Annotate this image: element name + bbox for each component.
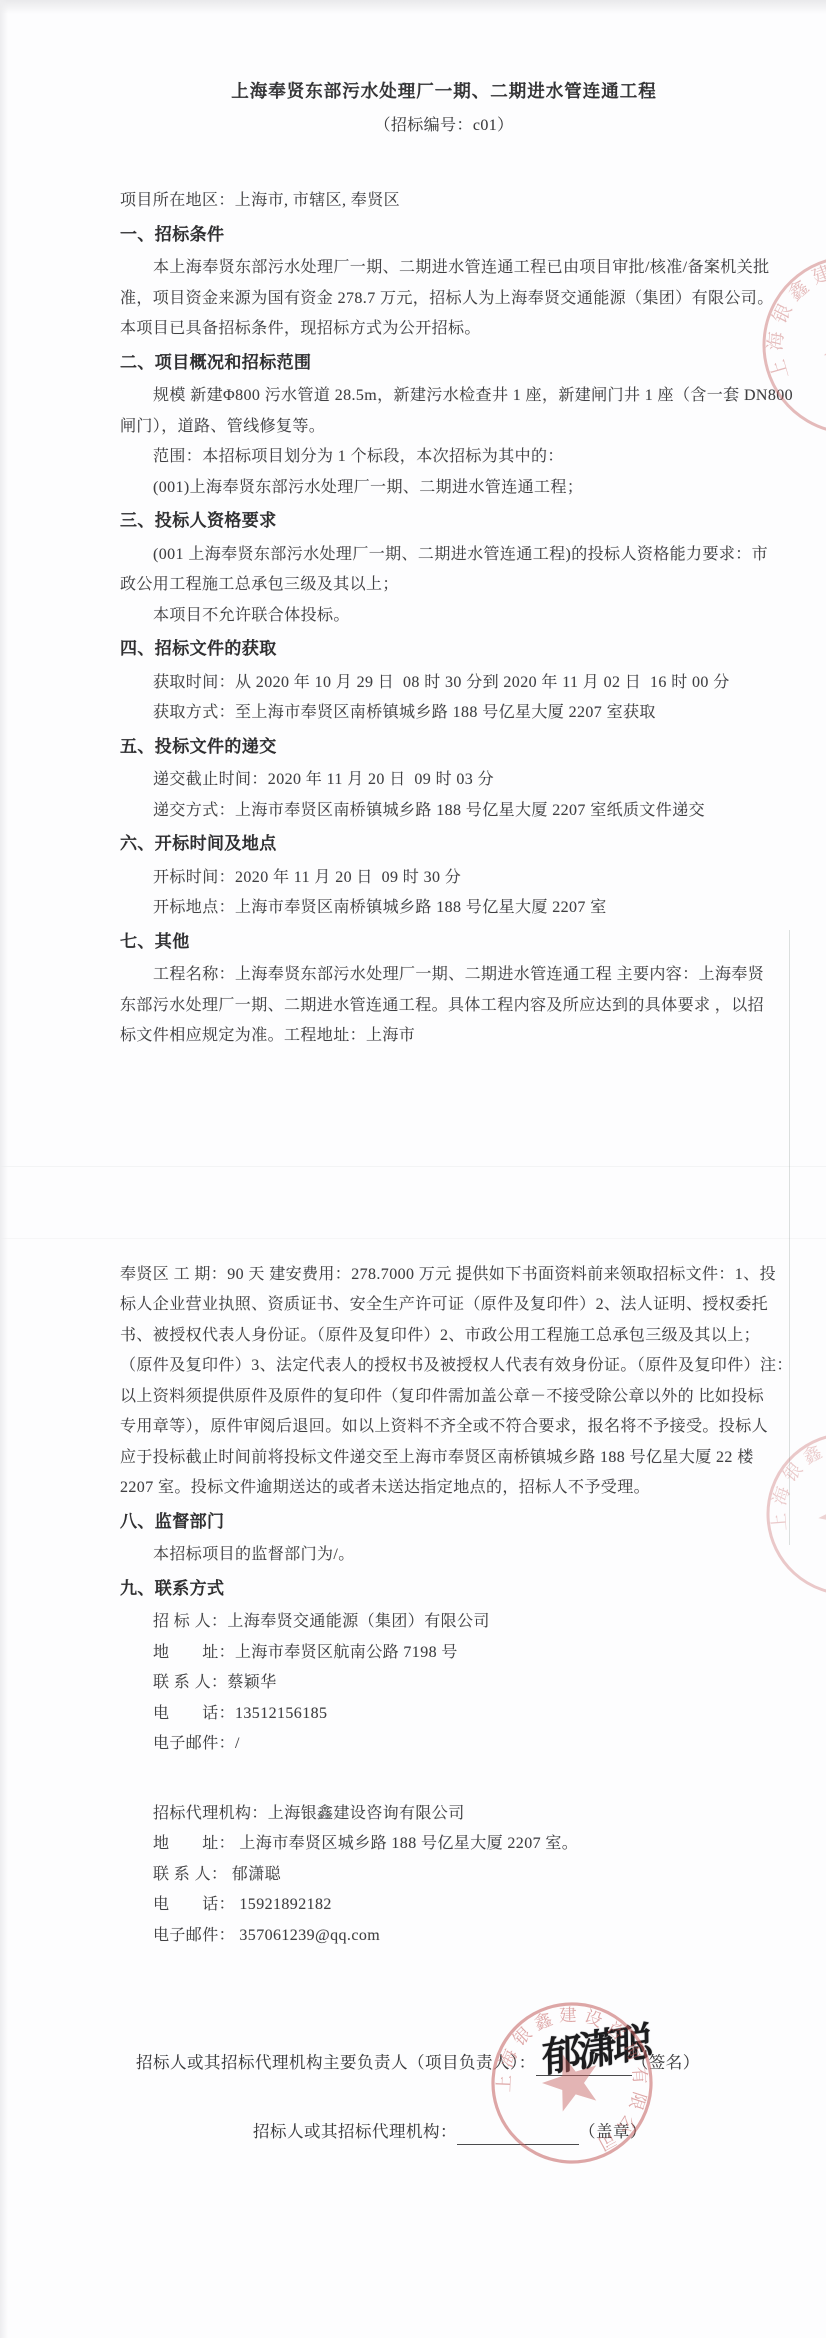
doc-line: 闸门），道路、管线修复等。	[120, 412, 768, 443]
doc-line: 准，项目资金来源为国有资金 278.7 万元，招标人为上海奉贤交通能源（集团）有…	[120, 284, 768, 315]
doc-line: 专用章等），原件审阅后退回。如以上资料不齐全或不符合要求，报名将不予接受。投标人	[120, 1412, 768, 1443]
doc-line: 联 系 人： 郁潇聪	[120, 1860, 768, 1891]
doc-line: 联 系 人：蔡颖华	[120, 1668, 768, 1699]
doc-line: 政公用工程施工总承包三级及其以上；	[120, 570, 768, 601]
section-heading: 五、投标文件的递交	[120, 732, 768, 763]
doc-line: 电子邮件： 357061239@qq.com	[120, 1921, 768, 1952]
doc-line: 电 话：13512156185	[120, 1699, 768, 1730]
tender-number: （招标编号：c01）	[120, 112, 768, 139]
doc-line: 获取时间：从 2020 年 10 月 29 日 08 时 30 分到 2020 …	[120, 668, 768, 699]
doc-line: 本项目已具备招标条件，现招标方式为公开招标。	[120, 314, 768, 345]
doc-line: 标文件相应规定为准。工程地址：上海市	[120, 1021, 768, 1052]
section-heading: 四、招标文件的获取	[120, 634, 768, 665]
signature-row-label: 招标人或其招标代理机构主要负责人（项目负责人）：	[136, 2053, 536, 2072]
document-body: 上海奉贤东部污水处理厂一期、二期进水管连通工程（招标编号：c01）项目所在地区：…	[120, 78, 768, 1951]
section-heading: 三、投标人资格要求	[120, 506, 768, 537]
section-heading: 二、项目概况和招标范围	[120, 348, 768, 379]
spacer	[120, 1052, 768, 1260]
section-heading: 七、其他	[120, 927, 768, 958]
document-lines: 上海奉贤东部污水处理厂一期、二期进水管连通工程（招标编号：c01）项目所在地区：…	[120, 78, 768, 1951]
doc-line: 地 址： 上海市奉贤区城乡路 188 号亿星大厦 2207 室。	[120, 1829, 768, 1860]
doc-line: 书、被授权代表人身份证。（原件及复印件）2、市政公用工程施工总承包三级及其以上；	[120, 1321, 768, 1352]
document-title: 上海奉贤东部污水处理厂一期、二期进水管连通工程	[120, 78, 768, 105]
agency-stamp-row: 招标人或其招标代理机构：（盖章）	[253, 2119, 647, 2145]
doc-line: 本项目不允许联合体投标。	[120, 601, 768, 632]
handwritten-signature: 郁潇聪	[541, 2007, 671, 2098]
section-heading: 九、联系方式	[120, 1574, 768, 1605]
svg-text:上海银鑫建设咨询有限公司: 上海银鑫建设咨询有限公司	[762, 1428, 826, 1600]
star-icon	[809, 1475, 826, 1549]
doc-line: (001 上海奉贤东部污水处理厂一期、二期进水管连通工程)的投标人资格能力要求：…	[120, 540, 768, 571]
stamp-line	[457, 2126, 579, 2145]
doc-line: 2207 室。投标文件逾期送达的或者未送达指定地点的，招标人不予受理。	[120, 1473, 768, 1504]
stamp-row-suffix: （盖章）	[579, 2122, 647, 2141]
scanned-tender-document: 上海奉贤东部污水处理厂一期、二期进水管连通工程（招标编号：c01）项目所在地区：…	[0, 0, 826, 2338]
star-icon	[811, 304, 826, 382]
doc-line: 招 标 人：上海奉贤交通能源（集团）有限公司	[120, 1607, 768, 1638]
doc-line: 东部污水处理厂一期、二期进水管连通工程。具体工程内容及所应达到的具体要求 ，以招	[120, 991, 768, 1022]
doc-line: 以上资料须提供原件及原件的复印件（复印件需加盖公章－不接受除公章以外的 比如投标	[120, 1382, 768, 1413]
section-heading: 六、开标时间及地点	[120, 829, 768, 860]
page-break-line	[0, 1238, 826, 1239]
doc-line: （原件及复印件）3、法定代表人的授权书及被授权人代表有效身份证。（原件及复印件）…	[120, 1351, 768, 1382]
doc-line: 工程名称：上海奉贤东部污水处理厂一期、二期进水管连通工程 主要内容：上海奉贤	[120, 960, 768, 991]
doc-line: 电子邮件：/	[120, 1729, 768, 1760]
doc-line: 递交截止时间：2020 年 11 月 20 日 09 时 03 分	[120, 765, 768, 796]
doc-line: 范围：本招标项目划分为 1 个标段，本次招标为其中的：	[120, 442, 768, 473]
page-break-line	[0, 1166, 826, 1167]
doc-line: 应于投标截止时间前将投标文件递交至上海市奉贤区南桥镇城乡路 188 号亿星大厦 …	[120, 1443, 768, 1474]
doc-line: 规模 新建Φ800 污水管道 28.5m，新建污水检查井 1 座，新建闸门井 1…	[120, 381, 768, 412]
doc-line: 奉贤区 工 期：90 天 建安费用：278.7000 万元 提供如下书面资料前来…	[120, 1260, 768, 1291]
doc-line: 电 话： 15921892182	[120, 1890, 768, 1921]
doc-line: 招标代理机构：上海银鑫建设咨询有限公司	[120, 1799, 768, 1830]
spacer	[120, 1760, 768, 1799]
doc-line: 开标地点：上海市奉贤区南桥镇城乡路 188 号亿星大厦 2207 室	[120, 893, 768, 924]
doc-line: 获取方式：至上海市奉贤区南桥镇城乡路 188 号亿星大厦 2207 室获取	[120, 698, 768, 729]
doc-line: 本招标项目的监督部门为/。	[120, 1540, 768, 1571]
company-seal-stamp-mid-icon: 上海银鑫建设咨询有限公司	[762, 1428, 826, 1605]
doc-line: 本上海奉贤东部污水处理厂一期、二期进水管连通工程已由项目审批/核准/备案机关批	[120, 253, 768, 284]
stamp-row-label: 招标人或其招标代理机构：	[253, 2122, 457, 2141]
doc-line: 地 址：上海市奉贤区航南公路 7198 号	[120, 1638, 768, 1669]
section-heading: 八、监督部门	[120, 1507, 768, 1538]
doc-line: (001)上海奉贤东部污水处理厂一期、二期进水管连通工程；	[120, 473, 768, 504]
scan-edge-line	[789, 930, 790, 1545]
doc-line: 递交方式：上海市奉贤区南桥镇城乡路 188 号亿星大厦 2207 室纸质文件递交	[120, 796, 768, 827]
project-location: 项目所在地区：上海市, 市辖区, 奉贤区	[120, 186, 768, 217]
doc-line: 开标时间：2020 年 11 月 20 日 09 时 30 分	[120, 863, 768, 894]
doc-line: 标人企业营业执照、资质证书、安全生产许可证（原件及复印件）2、法人证明、授权委托	[120, 1290, 768, 1321]
section-heading: 一、招标条件	[120, 220, 768, 251]
